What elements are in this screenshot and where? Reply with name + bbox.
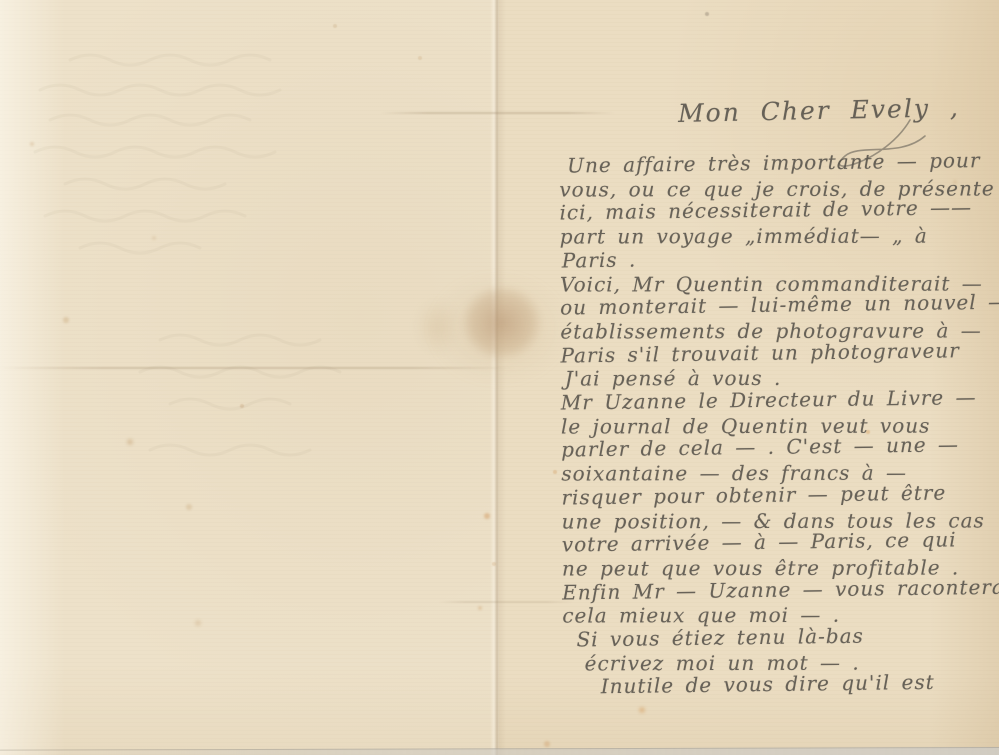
foxing-spots bbox=[0, 0, 4, 4]
stain-dark bbox=[452, 282, 548, 370]
letter-line: Enfin Mr — Uzanne — vous racontera bbox=[562, 575, 998, 604]
letter-body: Une affaire très importante — pour vous,… bbox=[559, 151, 999, 699]
letter-line: votre arrivée — à — Paris, ce qui bbox=[562, 528, 998, 557]
letter-scan: Mon Cher Evely , Une affaire très import… bbox=[0, 0, 999, 755]
letter-line: Paris . bbox=[562, 244, 996, 273]
letter-line: ou monterait — lui-même un nouvel — bbox=[560, 291, 996, 320]
letter-line: risquer pour obtenir — peut être bbox=[561, 481, 997, 510]
letter-line: parler de cela — . C'est — une — bbox=[561, 433, 997, 462]
horizontal-crease-lower bbox=[438, 601, 573, 603]
letter-line: Si vous étiez tenu là-bas bbox=[576, 623, 998, 652]
letter-line: ici, mais nécessiterait de votre —— bbox=[559, 196, 995, 225]
letter-line: Inutile de vous dire qu'il est bbox=[601, 671, 999, 700]
letter-line: Mr Uzanne le Directeur du Livre — bbox=[561, 386, 997, 415]
horizontal-crease-top bbox=[380, 112, 615, 114]
letter-line: Paris s'il trouvait un photograveur bbox=[560, 338, 996, 367]
letter-line: Une affaire très importante — pour bbox=[567, 149, 995, 178]
